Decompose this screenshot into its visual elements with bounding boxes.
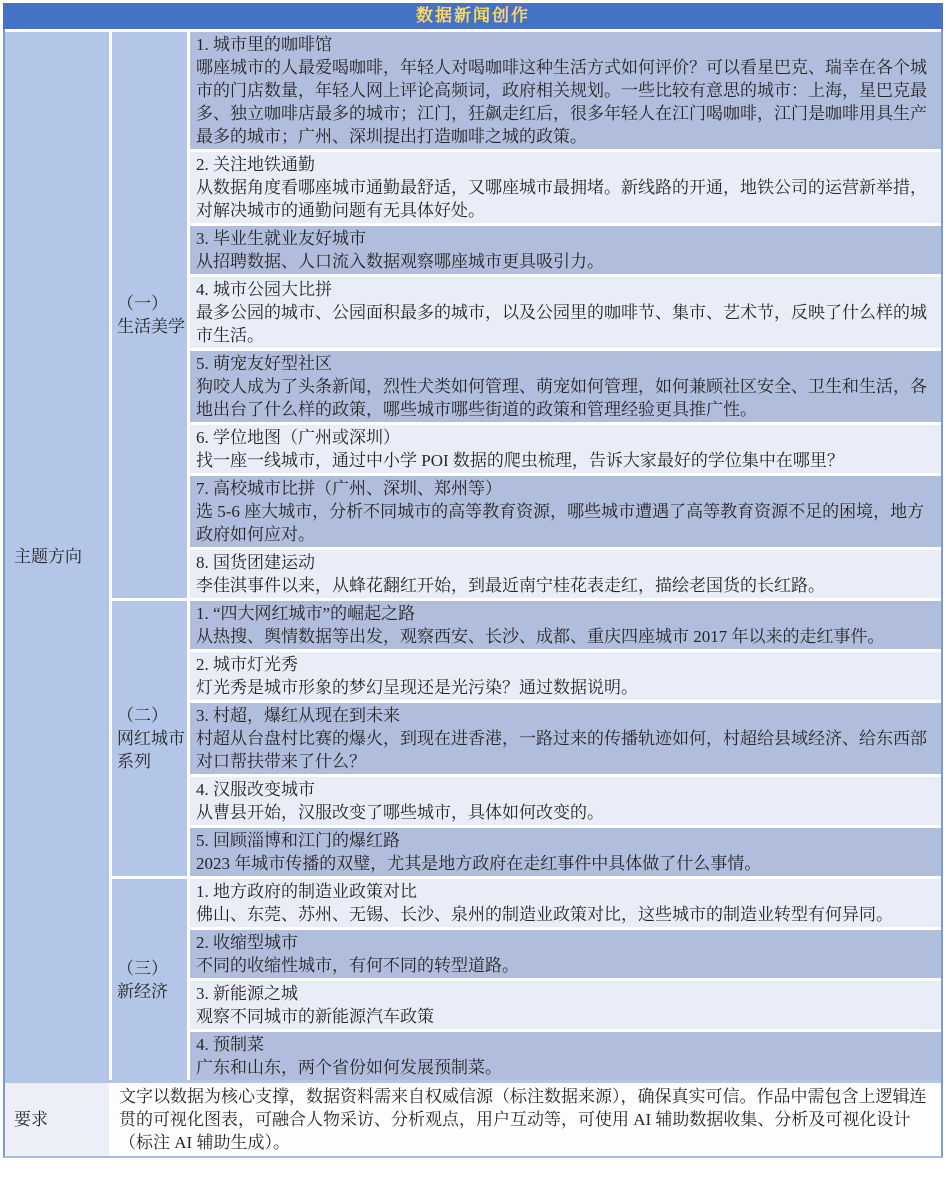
item-desc: 2023 年城市传播的双璧，尤其是地方政府在走红事件中具体做了什么事情。	[196, 852, 933, 875]
item-title: 2. 收缩型城市	[196, 931, 933, 954]
table-row: 3. 村超，爆红从现在到未来 村超从台盘村比赛的爆火，到现在进香港，一路过来的传…	[190, 703, 941, 774]
table-row: 4. 城市公园大比拼 最多公园的城市、公园面积最多的城市，以及公园里的咖啡节、集…	[190, 277, 941, 348]
section-label-life-aesthetics: （一） 生活美学	[112, 32, 187, 598]
row-group-header-theme-direction: 主题方向	[5, 32, 109, 1080]
item-title: 5. 回顾淄博和江门的爆红路	[196, 829, 933, 852]
section-label-new-economy: （三） 新经济	[112, 879, 187, 1080]
item-desc: 从数据角度看哪座城市通勤最舒适，又哪座城市最拥堵。新线路的开通，地铁公司的运营新…	[196, 176, 933, 222]
table-row: 2. 城市灯光秀 灯光秀是城市形象的梦幻呈现还是光污染？通过数据说明。	[190, 652, 941, 700]
table-row: 2. 关注地铁通勤 从数据角度看哪座城市通勤最舒适，又哪座城市最拥堵。新线路的开…	[190, 152, 941, 223]
item-desc: 灯光秀是城市形象的梦幻呈现还是光污染？通过数据说明。	[196, 676, 933, 699]
item-desc: 广东和山东，两个省份如何发展预制菜。	[196, 1056, 933, 1079]
table-row: 1. 地方政府的制造业政策对比 佛山、东莞、苏州、无锡、长沙、泉州的制造业政策对…	[190, 879, 941, 927]
section-label-viral-cities: （二） 网红城市 系列	[112, 601, 187, 876]
table-row: 3. 毕业生就业友好城市 从招聘数据、人口流入数据观察哪座城市更具吸引力。	[190, 226, 941, 274]
item-desc: 观察不同城市的新能源汽车政策	[196, 1005, 933, 1028]
item-title: 2. 关注地铁通勤	[196, 153, 933, 176]
table-row: 8. 国货团建运动 李佳淇事件以来，从蜂花翻红开始，到最近南宁桂花表走红，描绘老…	[190, 550, 941, 598]
row-group-header-label: 主题方向	[14, 545, 82, 568]
table-row: 4. 预制菜 广东和山东，两个省份如何发展预制菜。	[190, 1032, 941, 1080]
item-desc: 找一座一线城市，通过中小学 POI 数据的爬虫梳理，告诉大家最好的学位集中在哪里…	[196, 449, 933, 472]
item-desc: 从招聘数据、人口流入数据观察哪座城市更具吸引力。	[196, 250, 933, 273]
item-desc: 选 5-6 座大城市，分析不同城市的高等教育资源，哪些城市遭遇了高等教育资源不足…	[196, 500, 933, 546]
item-title: 4. 预制菜	[196, 1033, 933, 1056]
table-row: 2. 收缩型城市 不同的收缩性城市，有何不同的转型道路。	[190, 930, 941, 978]
table-row: 5. 萌宠友好型社区 狗咬人成为了头条新闻，烈性犬类如何管理、萌宠如何管理，如何…	[190, 351, 941, 422]
item-desc: 狗咬人成为了头条新闻，烈性犬类如何管理、萌宠如何管理，如何兼顾社区安全、卫生和生…	[196, 375, 933, 421]
table-row: 1. 城市里的咖啡馆 哪座城市的人最爱喝咖啡，年轻人对喝咖啡这种生活方式如何评价…	[190, 32, 941, 149]
item-title: 6. 学位地图（广州或深圳）	[196, 426, 933, 449]
item-desc: 村超从台盘村比赛的爆火，到现在进香港，一路过来的传播轨迹如何，村超给县域经济、给…	[196, 727, 933, 773]
table-row: 6. 学位地图（广州或深圳） 找一座一线城市，通过中小学 POI 数据的爬虫梳理…	[190, 425, 941, 473]
item-title: 4. 汉服改变城市	[196, 778, 933, 801]
item-desc: 哪座城市的人最爱喝咖啡，年轻人对喝咖啡这种生活方式如何评价？可以看星巴克、瑞幸在…	[196, 56, 933, 148]
item-title: 7. 高校城市比拼（广州、深圳、郑州等）	[196, 477, 933, 500]
item-title: 1. 地方政府的制造业政策对比	[196, 880, 933, 903]
item-title: 2. 城市灯光秀	[196, 653, 933, 676]
table-row: 1. “四大网红城市”的崛起之路 从热搜、舆情数据等出发，观察西安、长沙、成都、…	[190, 601, 941, 649]
item-desc: 最多公园的城市、公园面积最多的城市，以及公园里的咖啡节、集市、艺术节，反映了什么…	[196, 301, 933, 347]
item-desc: 不同的收缩性城市，有何不同的转型道路。	[196, 954, 933, 977]
requirements-label-text: 要求	[14, 1108, 48, 1131]
item-title: 8. 国货团建运动	[196, 551, 933, 574]
item-desc: 从曹县开始，汉服改变了哪些城市，具体如何改变的。	[196, 801, 933, 824]
item-desc: 佛山、东莞、苏州、无锡、长沙、泉州的制造业政策对比，这些城市的制造业转型有何异同…	[196, 903, 933, 926]
item-title: 3. 村超，爆红从现在到未来	[196, 704, 933, 727]
item-title: 3. 毕业生就业友好城市	[196, 227, 933, 250]
item-title: 1. “四大网红城市”的崛起之路	[196, 602, 933, 625]
requirements-label: 要求	[5, 1083, 109, 1156]
item-desc: 从热搜、舆情数据等出发，观察西安、长沙、成都、重庆四座城市 2017 年以来的走…	[196, 625, 933, 648]
item-title: 3. 新能源之城	[196, 982, 933, 1005]
table-row: 4. 汉服改变城市 从曹县开始，汉服改变了哪些城市，具体如何改变的。	[190, 777, 941, 825]
page-title: 数据新闻创作	[3, 3, 943, 29]
item-desc: 李佳淇事件以来，从蜂花翻红开始，到最近南宁桂花表走红，描绘老国货的长红路。	[196, 574, 933, 597]
topics-table: 数据新闻创作 主题方向 （一） 生活美学 （二） 网红城市 系列 （三） 新经济…	[3, 3, 943, 1158]
table-row: 5. 回顾淄博和江门的爆红路 2023 年城市传播的双璧，尤其是地方政府在走红事…	[190, 828, 941, 876]
requirements-row: 要求 文字以数据为核心支撑，数据资料需来自权威信源（标注数据来源），确保真实可信…	[5, 1080, 941, 1156]
item-title: 5. 萌宠友好型社区	[196, 352, 933, 375]
item-title: 1. 城市里的咖啡馆	[196, 33, 933, 56]
table-row: 7. 高校城市比拼（广州、深圳、郑州等） 选 5-6 座大城市，分析不同城市的高…	[190, 476, 941, 547]
document-page: 数据新闻创作 主题方向 （一） 生活美学 （二） 网红城市 系列 （三） 新经济…	[0, 0, 946, 1190]
table-body: 主题方向 （一） 生活美学 （二） 网红城市 系列 （三） 新经济 1. 城市里…	[5, 32, 941, 1080]
table-row: 3. 新能源之城 观察不同城市的新能源汽车政策	[190, 981, 941, 1029]
requirements-text: 文字以数据为核心支撑，数据资料需来自权威信源（标注数据来源），确保真实可信。作品…	[112, 1083, 941, 1156]
item-title: 4. 城市公园大比拼	[196, 278, 933, 301]
